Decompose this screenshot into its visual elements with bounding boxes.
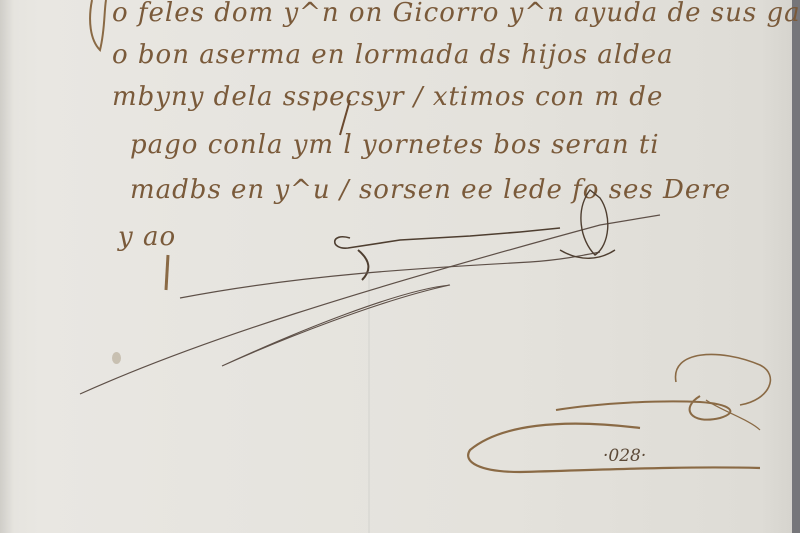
ink-flourishes [0,0,800,533]
folio-number: ·028· [603,446,646,466]
